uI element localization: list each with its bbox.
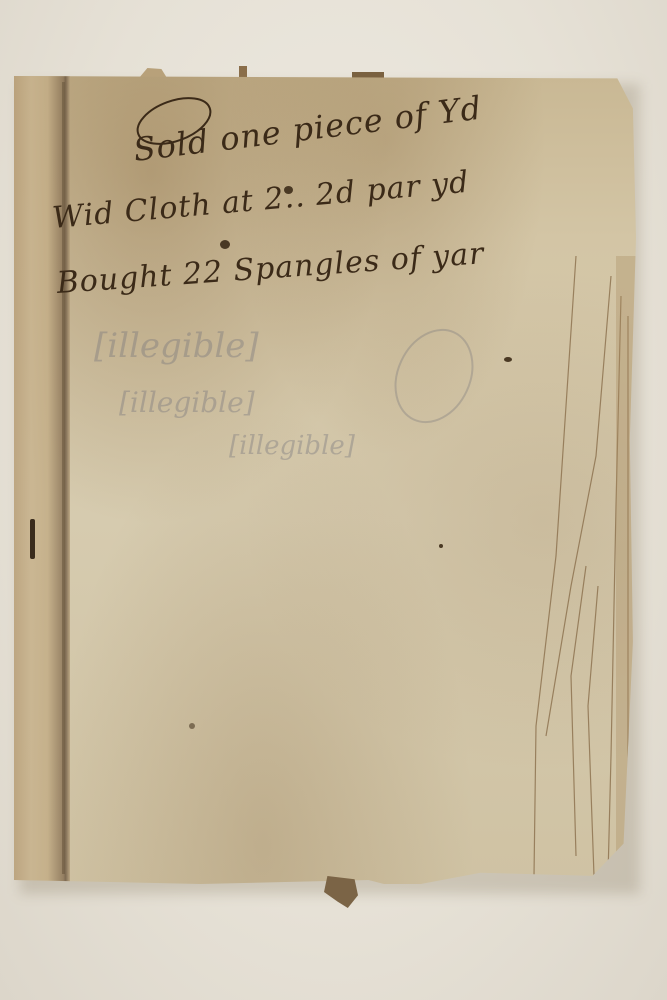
frayed-page-edges <box>516 256 636 876</box>
torn-top-fragment <box>239 66 247 78</box>
ink-blot <box>284 186 293 194</box>
stain-spot <box>189 723 195 729</box>
ink-spot <box>504 357 512 362</box>
cover-page: Sold one piece of Yd Wid Cloth at 2.. 2d… <box>14 76 636 884</box>
ink-line-1: Sold one piece of Yd <box>131 89 484 169</box>
faint-pencil-line-1: [illegible] <box>94 326 259 366</box>
ledger-booklet: Sold one piece of Yd Wid Cloth at 2.. 2d… <box>14 76 636 884</box>
stain-spot <box>439 544 443 548</box>
ink-line-2: Wid Cloth at 2.. 2d par yd <box>51 165 471 236</box>
ink-line-3: Bought 22 Spangles of yar <box>56 236 486 301</box>
faint-pencil-line-3: [illegible] <box>229 431 355 461</box>
faint-pencil-line-2: [illegible] <box>119 386 255 419</box>
ink-blot <box>220 240 230 249</box>
binding-stitch <box>30 519 35 559</box>
torn-top-fragment <box>352 72 384 78</box>
